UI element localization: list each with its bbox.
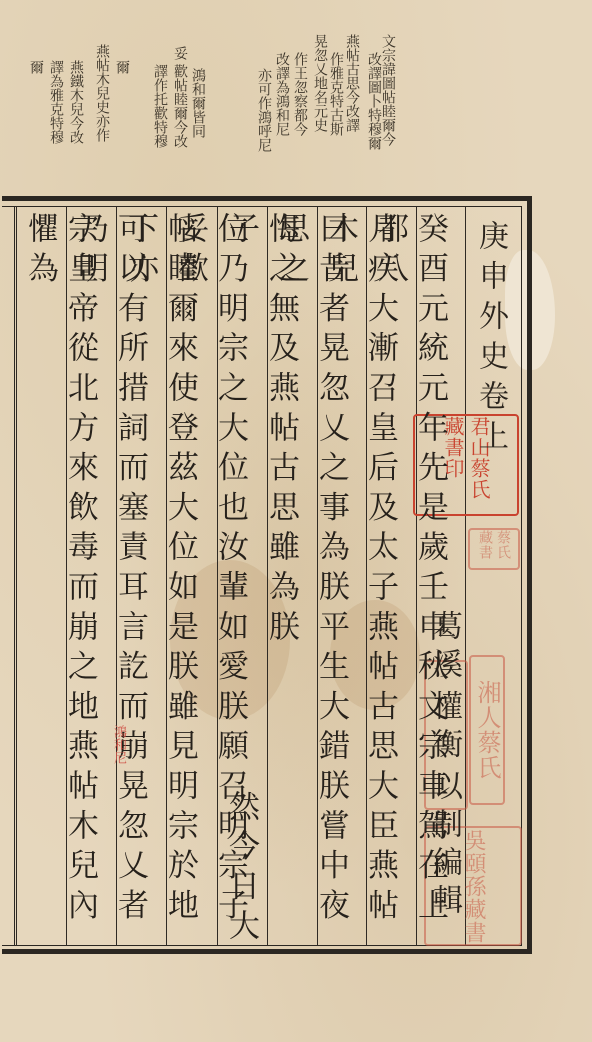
header-note: 晃忽乂地名元史 <box>312 34 328 184</box>
red-marginal-note: 鴻和尼 <box>111 725 125 764</box>
header-note: 爾 <box>114 60 130 90</box>
header-note: 改譯圖卜特穆爾 <box>366 52 382 202</box>
header-note: 燕帖木兒史亦作 <box>94 44 110 194</box>
collector-seal: 湘人蔡氏 <box>469 655 505 805</box>
header-note: 文宗諱圖帖睦爾今 <box>380 34 396 184</box>
header-note: 譯作托歡特穆 <box>152 64 168 214</box>
header-note: 歡帖睦爾今改 <box>172 64 188 214</box>
adjacent-page-edge <box>0 206 15 946</box>
header-note: 作雅克特古斯 <box>328 52 344 202</box>
header-note: 燕鐵木兒今改 <box>68 60 84 210</box>
text-column-8: 宗皇帝從北方來飲毒而崩之地燕帖木兒內懼為 <box>20 212 100 942</box>
book-title: 庚申外史卷上 <box>470 220 510 550</box>
column-rule <box>16 206 17 946</box>
header-note: 作王忽察都今 <box>292 52 308 202</box>
header-note: 譯為雅克特穆 <box>48 60 64 210</box>
header-note: 爾 <box>28 60 44 90</box>
header-note: 燕帖古思今改譯 <box>344 34 360 184</box>
header-note: 改譯為鴻和尼 <box>274 52 290 202</box>
